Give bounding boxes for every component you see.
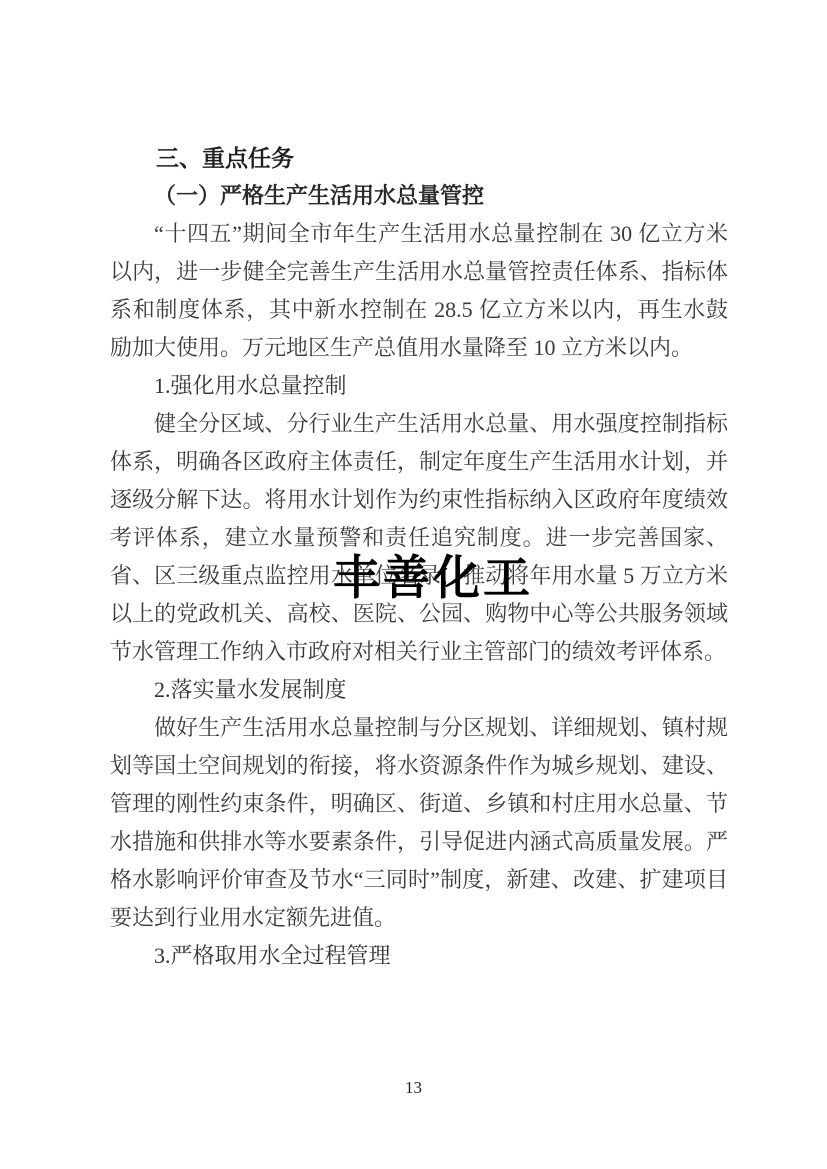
paragraph-item-2-body: 做好生产生活用水总量控制与分区规划、详细规划、镇村规划等国土空间规划的衔接，将水…	[110, 709, 728, 937]
page-number: 13	[0, 1078, 827, 1098]
document-page: 三、重点任务 （一）严格生产生活用水总量管控 “十四五”期间全市年生产生活用水总…	[0, 0, 827, 1169]
numbered-heading-2-water-measured-development: 2.落实量水发展制度	[110, 671, 728, 709]
subsection-heading-water-total-control: （一）严格生产生活用水总量管控	[110, 177, 728, 215]
section-heading-key-tasks: 三、重点任务	[110, 139, 728, 177]
watermark-text: 丰善化工	[333, 553, 533, 605]
paragraph-item-1-body: 健全分区域、分行业生产生活用水总量、用水强度控制指标体系，明确各区政府主体责任，…	[110, 405, 728, 671]
numbered-heading-3-whole-process-management: 3.严格取用水全过程管理	[110, 937, 728, 975]
numbered-heading-1-strengthen-total-control: 1.强化用水总量控制	[110, 367, 728, 405]
paragraph-five-year-plan-targets: “十四五”期间全市年生产生活用水总量控制在 30 亿立方米以内，进一步健全完善生…	[110, 215, 728, 367]
